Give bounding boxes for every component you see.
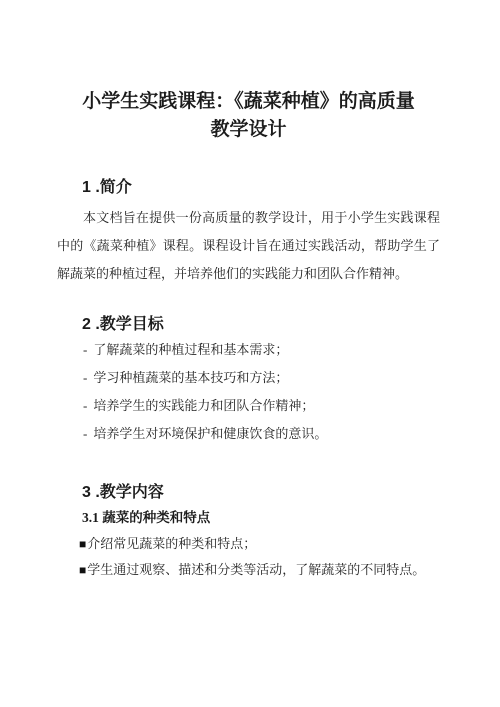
goal-item: -培养学生的实践能力和团队合作精神；	[83, 392, 440, 420]
section-content: 3 .教学内容 3.1 蔬菜的种类和特点 ■介绍常见蔬菜的种类和特点； ■学生通…	[57, 482, 440, 583]
goal-item-text: 培养学生的实践能力和团队合作精神；	[93, 398, 314, 413]
goal-item: -学习种植蔬菜的基本技巧和方法；	[83, 364, 440, 392]
goal-item: -培养学生对环境保护和健康饮食的意识。	[83, 420, 440, 448]
dash-marker: -	[83, 336, 87, 364]
dash-marker: -	[83, 364, 87, 392]
intro-paragraph: 本文档旨在提供一份高质量的教学设计，用于小学生实践课程中的《蔬菜种植》课程。课程…	[57, 204, 440, 288]
goal-item-text: 了解蔬菜的种植过程和基本需求；	[93, 342, 288, 357]
document-content: 小学生实践课程：《蔬菜种植》的高质量 教学设计 1 .简介 本文档旨在提供一份高…	[0, 88, 500, 583]
section-heading-goals: 2 .教学目标	[82, 314, 440, 336]
square-bullet-marker: ■	[79, 531, 86, 557]
content-list: ■介绍常见蔬菜的种类和特点； ■学生通过观察、描述和分类等活动，了解蔬菜的不同特…	[79, 531, 440, 583]
content-item-text: 介绍常见蔬菜的种类和特点；	[87, 536, 256, 551]
dash-marker: -	[83, 420, 87, 448]
section-heading-intro: 1 .简介	[82, 177, 440, 199]
section-intro: 1 .简介 本文档旨在提供一份高质量的教学设计，用于小学生实践课程中的《蔬菜种植…	[57, 177, 440, 288]
content-item-text: 学生通过观察、描述和分类等活动，了解蔬菜的不同特点。	[87, 562, 425, 577]
content-item: ■介绍常见蔬菜的种类和特点；	[79, 531, 440, 557]
section-goals: 2 .教学目标 -了解蔬菜的种植过程和基本需求； -学习种植蔬菜的基本技巧和方法…	[57, 314, 440, 448]
dash-marker: -	[83, 392, 87, 420]
document-title-line: 小学生实践课程：《蔬菜种植》的高质量	[57, 88, 440, 116]
goal-item: -了解蔬菜的种植过程和基本需求；	[83, 336, 440, 364]
square-bullet-marker: ■	[79, 557, 86, 583]
document-title-line: 教学设计	[57, 116, 440, 144]
document-page: 小学生实践课程：《蔬菜种植》的高质量 教学设计 1 .简介 本文档旨在提供一份高…	[0, 0, 500, 707]
subsection-heading-vegetable-types: 3.1 蔬菜的种类和特点	[82, 509, 440, 527]
goal-item-text: 培养学生对环境保护和健康饮食的意识。	[93, 426, 327, 441]
goal-item-text: 学习种植蔬菜的基本技巧和方法；	[93, 370, 288, 385]
content-item: ■学生通过观察、描述和分类等活动，了解蔬菜的不同特点。	[79, 557, 440, 583]
document-title: 小学生实践课程：《蔬菜种植》的高质量 教学设计	[57, 88, 440, 144]
goals-list: -了解蔬菜的种植过程和基本需求； -学习种植蔬菜的基本技巧和方法； -培养学生的…	[83, 336, 440, 448]
section-heading-content: 3 .教学内容	[82, 482, 440, 504]
